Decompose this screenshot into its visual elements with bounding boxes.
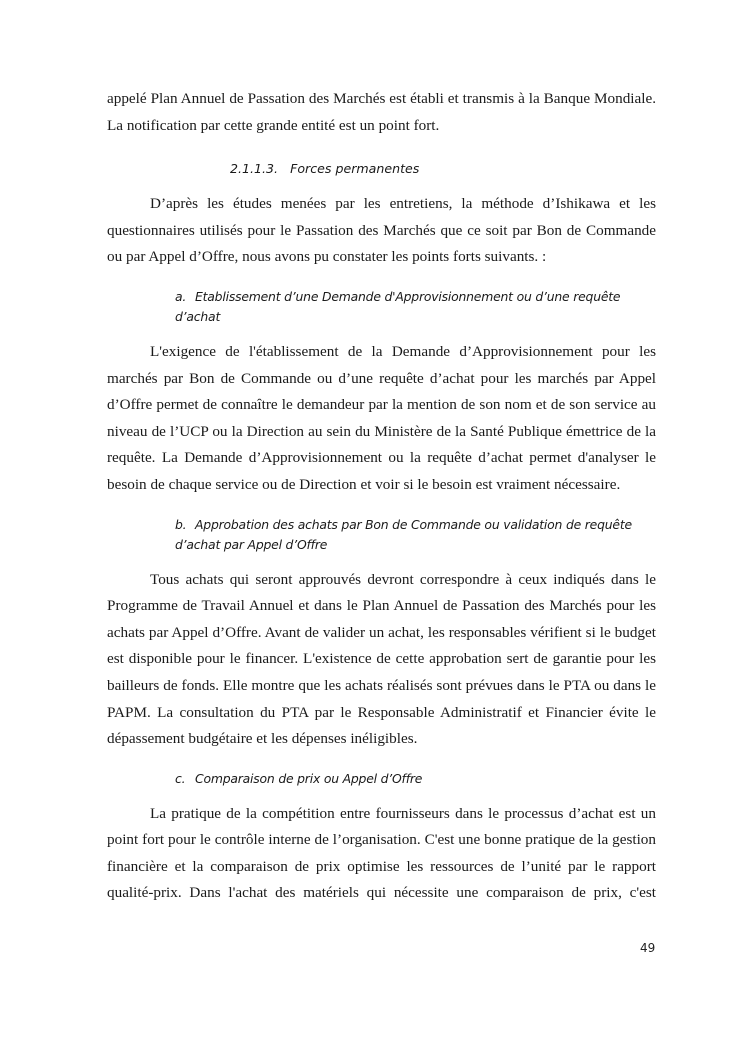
paragraph-intro: appelé Plan Annuel de Passation des Marc… (107, 86, 656, 139)
document-page: appelé Plan Annuel de Passation des Marc… (107, 86, 656, 907)
subheading-b-text-cont: d’achat par Appel d’Offre (175, 537, 327, 552)
section-number: 2.1.1.3. (230, 161, 278, 176)
paragraph-forces-intro: D’après les études menées par les entret… (107, 191, 656, 271)
subheading-b: b.Approbation des achats par Bon de Comm… (107, 515, 656, 555)
subheading-a: a.Etablissement d’une Demande d'Approvis… (107, 287, 656, 327)
section-heading: 2.1.1.3. Forces permanentes (107, 159, 656, 179)
paragraph-approbation-achats: Tous achats qui seront approuvés devront… (107, 567, 656, 753)
subheading-b-label: b. (175, 515, 195, 535)
subheading-c-text: Comparaison de prix ou Appel d’Offre (195, 771, 422, 786)
section-title: Forces permanentes (290, 161, 419, 176)
subheading-a-label: a. (175, 287, 195, 307)
page-number: 49 (640, 941, 655, 955)
subheading-c: c.Comparaison de prix ou Appel d’Offre (107, 769, 656, 789)
paragraph-demande-approvisionnement: L'exigence de l'établissement de la Dema… (107, 339, 656, 499)
subheading-a-text-cont: d’achat (175, 309, 220, 324)
subheading-c-label: c. (175, 769, 195, 789)
subheading-a-text: Etablissement d’une Demande d'Approvisio… (195, 289, 620, 304)
paragraph-comparaison-prix: La pratique de la compétition entre four… (107, 801, 656, 907)
subheading-b-text: Approbation des achats par Bon de Comman… (195, 517, 632, 532)
